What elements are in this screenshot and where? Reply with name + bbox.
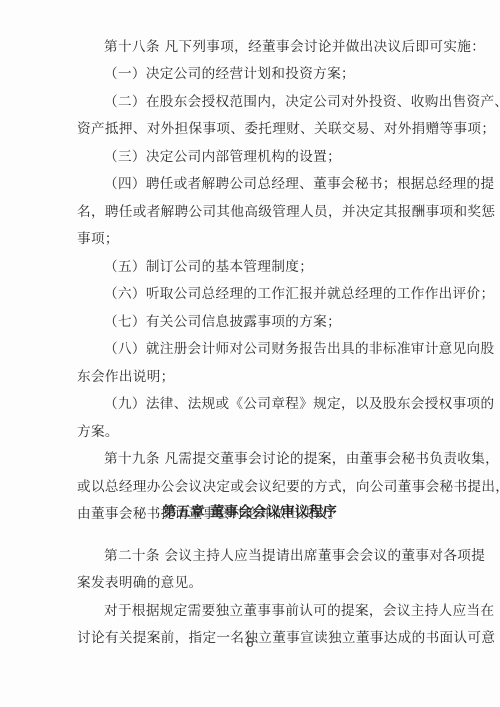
article-20-para2: 对于根据规定需要独立董事事前认可的提案，会议主持人应当在	[104, 602, 425, 620]
article-20: 第二十条 会议主持人应当提请出席董事会会议的董事对各项提	[104, 547, 425, 565]
article-19-cont: 或以总经理办公会议决定或会议纪要的方式，向公司董事会秘书提出，	[77, 478, 425, 496]
article-18-item-7: （七）有关公司信息披露事项的方案；	[104, 313, 425, 331]
page-number: 6	[0, 636, 500, 650]
article-18-intro: 第十八条 凡下列事项，经董事会讨论并做出决议后即可实施：	[104, 38, 425, 56]
article-18-item-8: （八）就注册会计师对公司财务报告出具的非标准审计意见向股	[104, 340, 425, 358]
chapter-heading: 第五章 董事会会议审议程序	[0, 503, 500, 521]
article-18-item-4: （四）聘任或者解聘公司总经理、董事会秘书；根据总经理的提	[104, 175, 425, 193]
document-page: 第十八条 凡下列事项，经董事会讨论并做出决议后即可实施： （一）决定公司的经营计…	[0, 0, 500, 707]
article-18-item-4-cont2: 事项；	[77, 230, 425, 248]
article-20-cont: 案发表明确的意见。	[77, 574, 425, 592]
article-18-item-4-cont: 名，聘任或者解聘公司其他高级管理人员，并决定其报酬事项和奖惩	[77, 203, 425, 221]
article-18-item-2: （二）在股东会授权范围内，决定公司对外投资、收购出售资产、	[104, 93, 425, 111]
article-18-item-1: （一）决定公司的经营计划和投资方案；	[104, 65, 425, 83]
article-18-item-8-cont: 东会作出说明；	[77, 368, 425, 386]
article-19: 第十九条 凡需提交董事会讨论的提案，由董事会秘书负责收集，	[104, 450, 425, 468]
article-18-item-3: （三）决定公司内部管理机构的设置；	[104, 148, 425, 166]
article-18-item-5: （五）制订公司的基本管理制度；	[104, 258, 425, 276]
article-18-item-9: （九）法律、法规或《公司章程》规定，以及股东会授权事项的	[104, 395, 425, 413]
article-18-item-6: （六）听取公司总经理的工作汇报并就总经理的工作作出评价；	[104, 285, 425, 303]
article-18-item-2-cont: 资产抵押、对外担保事项、委托理财、关联交易、对外捐赠等事项；	[77, 120, 425, 138]
article-18-item-9-cont: 方案。	[77, 423, 425, 441]
